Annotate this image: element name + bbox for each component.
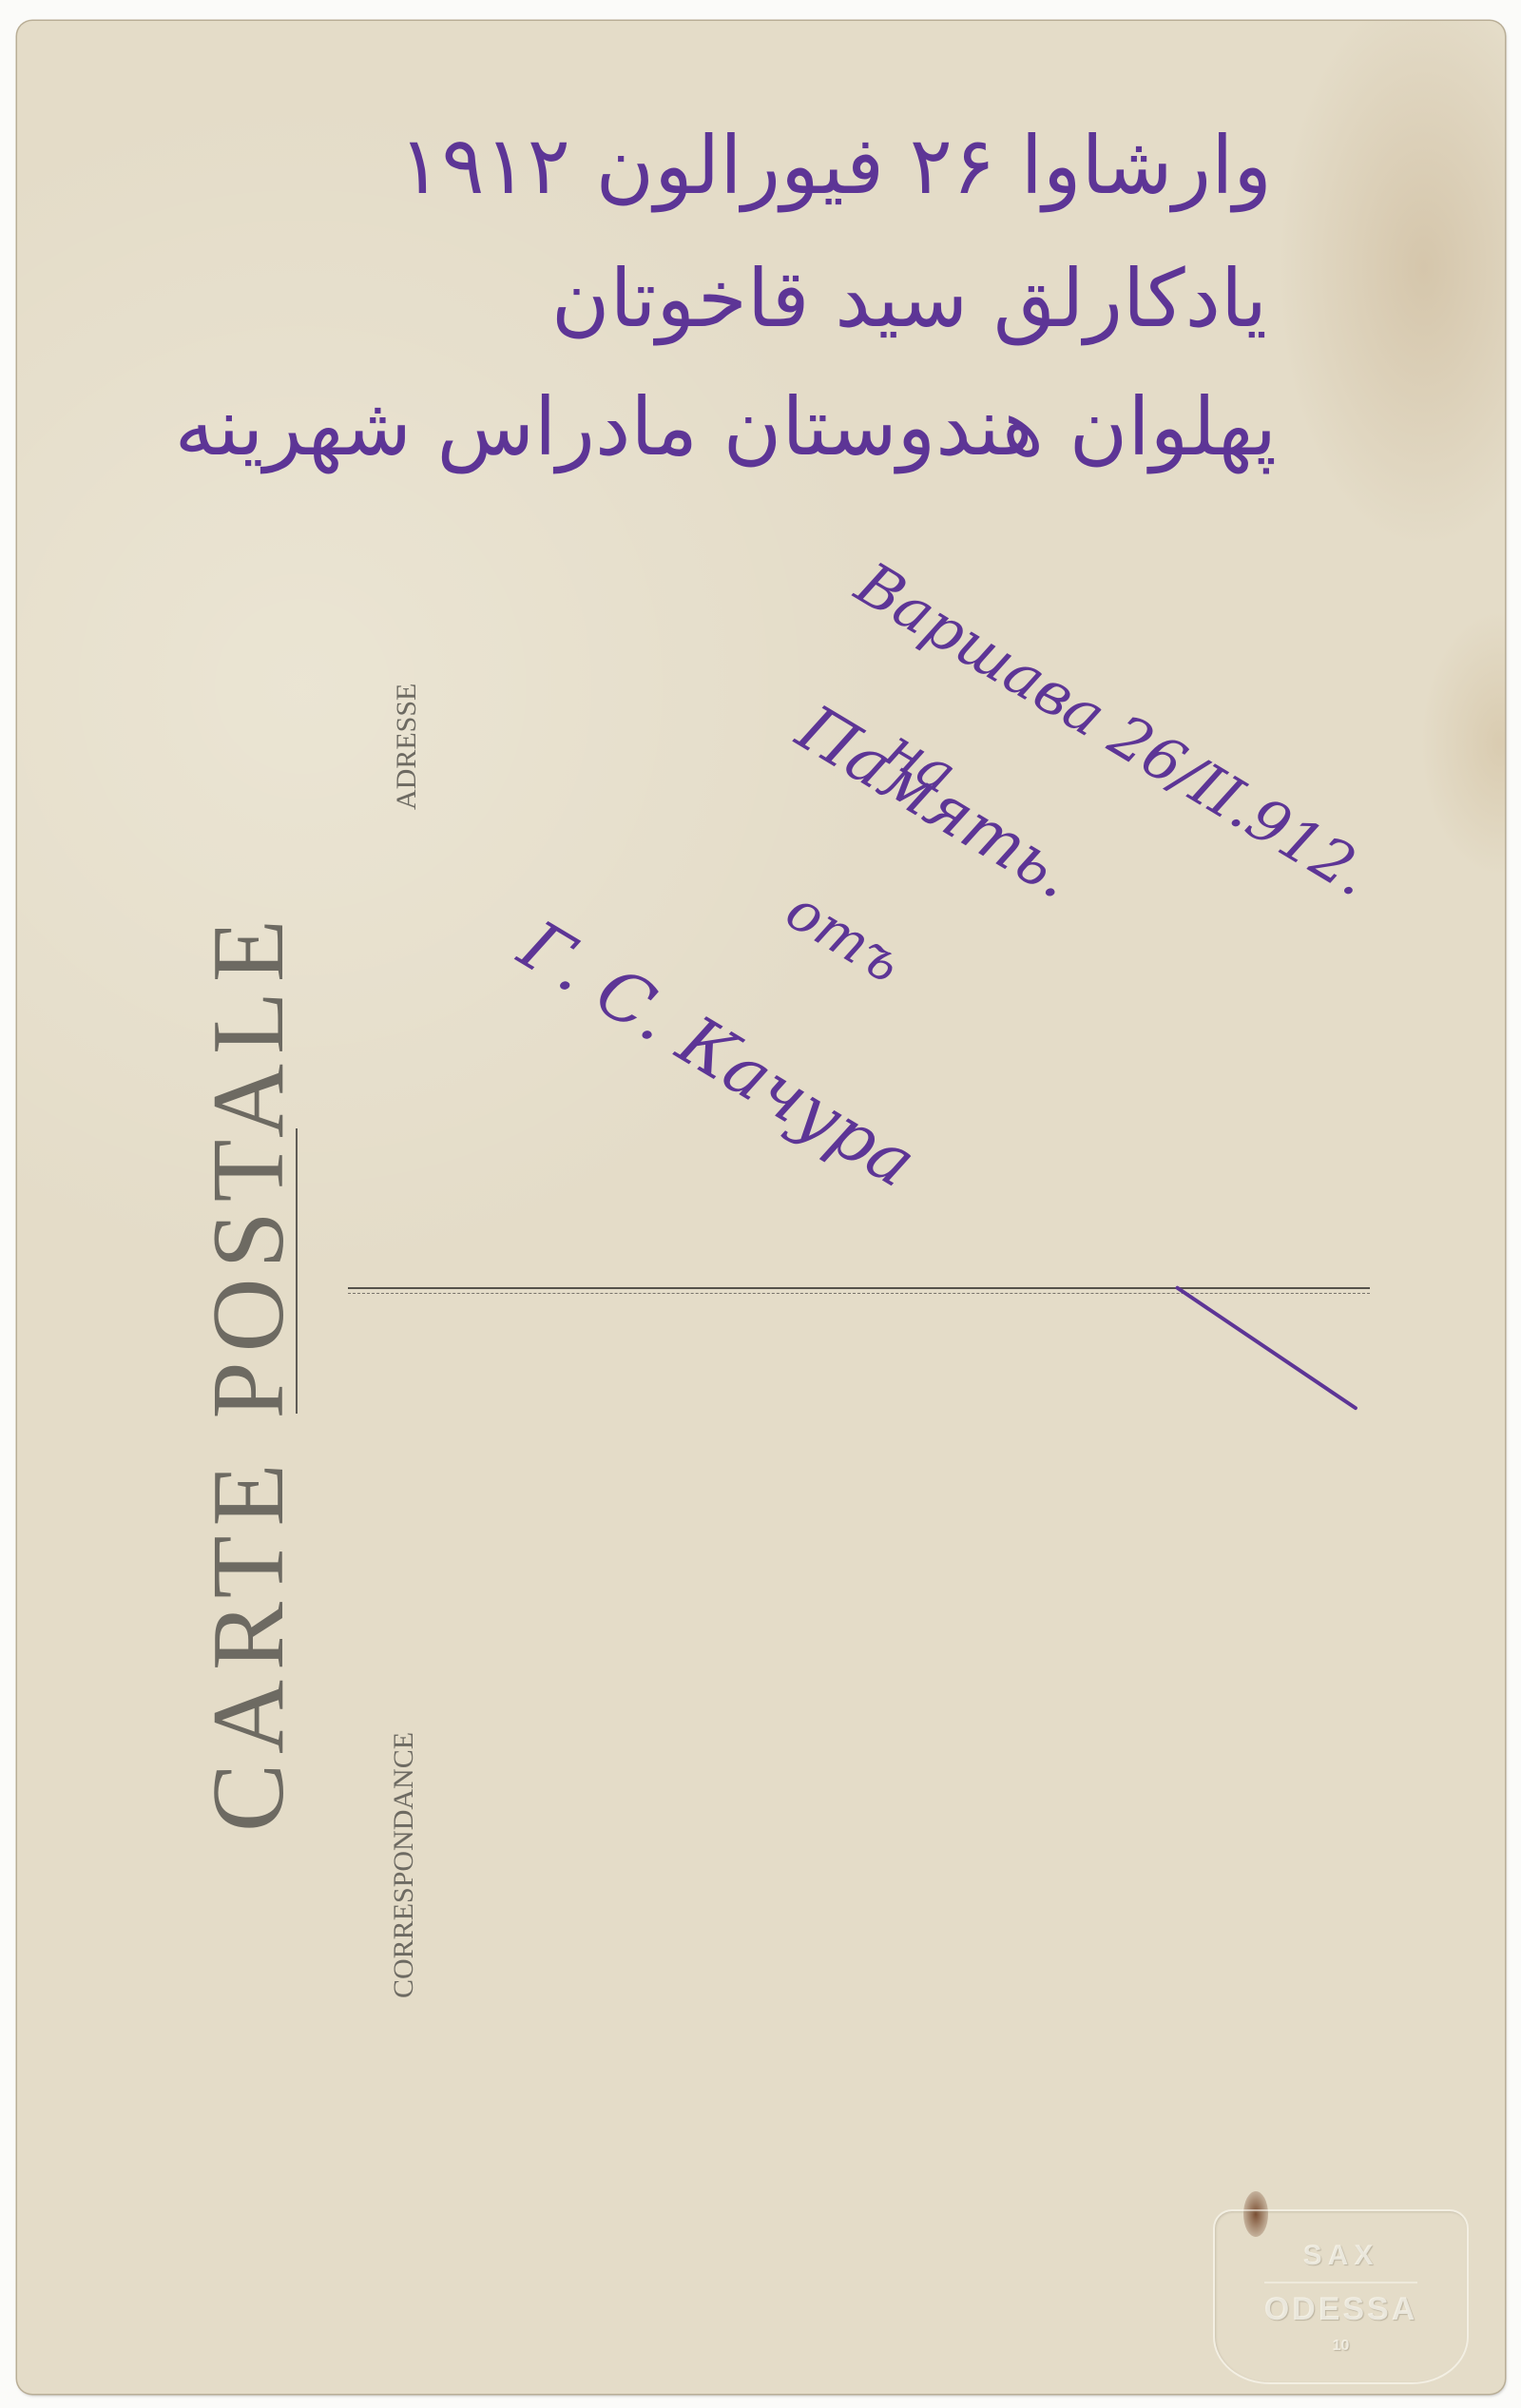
- ottoman-line-memento: یادکارلق سید قاخوتان: [551, 259, 1267, 338]
- address-line: [348, 1287, 1370, 1294]
- postcard-reverse: CARTE POSTALE ADRESSE CORRESPONDANCE وار…: [17, 21, 1505, 2394]
- russian-line-ot: отъ: [778, 881, 911, 992]
- vertical-divider: [296, 1128, 298, 1414]
- signature-flourish: [1175, 1285, 1358, 1411]
- emboss-line-2: ODESSA: [1264, 2282, 1418, 2328]
- ottoman-line-date: وارشاوا ۲۶ فیورالون ۱۹۱۲: [398, 125, 1272, 205]
- ottoman-line-recipient: پهلوان هندوستان مادراس شهرینه: [175, 387, 1277, 467]
- russian-line-pamyat: Память.: [787, 696, 1085, 910]
- emboss-line-1: SAX: [1303, 2240, 1379, 2272]
- embossed-photographer-stamp: SAX ODESSA 10: [1213, 2209, 1469, 2384]
- correspondence-label: CORRESPONDANCE: [390, 1732, 418, 1998]
- emboss-line-3: 10: [1333, 2338, 1350, 2355]
- address-label: ADRESSE: [393, 684, 421, 810]
- carte-postale-title: CARTE POSTALE: [198, 910, 300, 1832]
